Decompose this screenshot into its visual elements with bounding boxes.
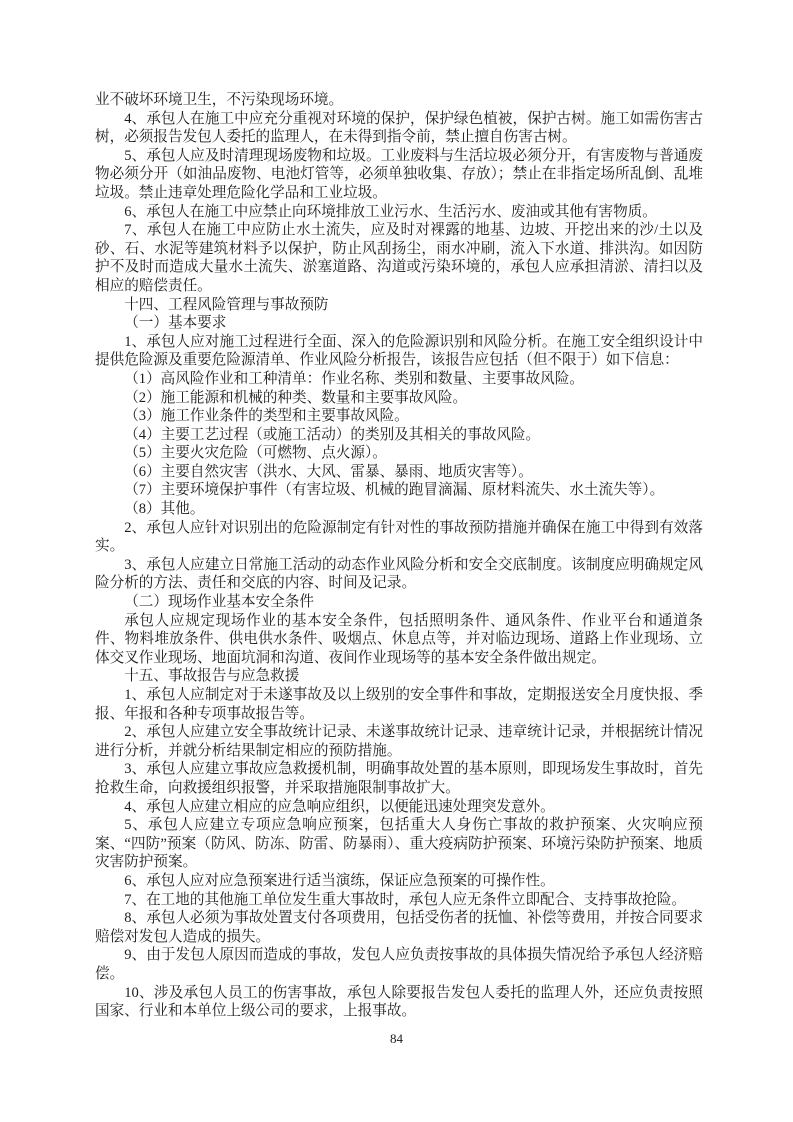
paragraph: （3）施工作业条件的类型和主要事故风险。 — [95, 407, 703, 426]
paragraph: 承包人应规定现场作业的基本安全条件，包括照明条件、通风条件、作业平台和通道条件、… — [95, 612, 703, 668]
page-number: 84 — [390, 1031, 403, 1046]
paragraph: 业不破坏环境卫生，不污染现场环境。 — [95, 91, 703, 110]
paragraph: （1）高风险作业和工种清单：作业名称、类别和数量、主要事故风险。 — [95, 370, 703, 389]
paragraph: 5、承包人应及时清理现场废物和垃圾。工业废料与生活垃圾必须分开，有害废物与普通废… — [95, 147, 703, 203]
paragraph: （4）主要工艺过程（或施工活动）的类别及其相关的事故风险。 — [95, 426, 703, 445]
paragraph: 3、承包人应建立日常施工活动的动态作业风险分析和安全交底制度。该制度应明确规定风… — [95, 556, 703, 593]
document-body: 业不破坏环境卫生，不污染现场环境。4、承包人在施工中应充分重视对环境的保护，保护… — [95, 91, 703, 1021]
paragraph: 5、承包人应建立专项应急响应预案，包括重大人身伤亡事故的救护预案、火灾响应预案、… — [95, 816, 703, 872]
sub-section-heading: （二）现场作业基本安全条件 — [95, 593, 703, 612]
paragraph: 8、承包人必须为事故处置支付各项费用，包括受伤者的抚恤、补偿等费用，并按合同要求… — [95, 909, 703, 946]
paragraph: 9、由于发包人原因而造成的事故，发包人应负责按事故的具体损失情况给予承包人经济赔… — [95, 946, 703, 983]
paragraph: （6）主要自然灾害（洪水、大风、雷暴、暴雨、地质灾害等）。 — [95, 463, 703, 482]
paragraph: （5）主要火灾危险（可燃物、点火源）。 — [95, 444, 703, 463]
document-page: 业不破坏环境卫生，不污染现场环境。4、承包人在施工中应充分重视对环境的保护，保护… — [0, 0, 793, 1122]
paragraph: 6、承包人应对应急预案进行适当演练，保证应急预案的可操作性。 — [95, 872, 703, 891]
paragraph: （7）主要环境保护事件（有害垃圾、机械的跑冒滴漏、原材料流失、水土流失等）。 — [95, 481, 703, 500]
paragraph: 2、承包人应针对识别出的危险源制定有针对性的事故预防措施并确保在施工中得到有效落… — [95, 519, 703, 556]
section-heading: 十四、工程风险管理与事故预防 — [95, 296, 703, 315]
paragraph: 1、承包人应对施工过程进行全面、深入的危险源识别和风险分析。在施工安全组织设计中… — [95, 333, 703, 370]
section-heading: 十五、事故报告与应急救援 — [95, 667, 703, 686]
paragraph: 4、承包人在施工中应充分重视对环境的保护，保护绿色植被，保护古树。施工如需伤害古… — [95, 110, 703, 147]
paragraph: 7、承包人在施工中应防止水土流失，应及时对裸露的地基、边坡、开挖出来的沙/土以及… — [95, 221, 703, 295]
paragraph: 7、在工地的其他施工单位发生重大事故时，承包人应无条件立即配合、支持事故抢险。 — [95, 891, 703, 910]
paragraph: 1、承包人应制定对于未遂事故及以上级别的安全事件和事故，定期报送安全月度快报、季… — [95, 686, 703, 723]
paragraph: （8）其他。 — [95, 500, 703, 519]
paragraph: 4、承包人应建立相应的应急响应组织，以便能迅速处理突发意外。 — [95, 798, 703, 817]
paragraph: （2）施工能源和机械的种类、数量和主要事故风险。 — [95, 389, 703, 408]
paragraph: 3、承包人应建立事故应急救援机制，明确事故处置的基本原则，即现场发生事故时，首先… — [95, 760, 703, 797]
sub-section-heading: （一）基本要求 — [95, 314, 703, 333]
paragraph: 2、承包人应建立安全事故统计记录、未遂事故统计记录、违章统计记录，并根据统计情况… — [95, 723, 703, 760]
paragraph: 10、涉及承包人员工的伤害事故，承包人除要报告发包人委托的监理人外，还应负责按照… — [95, 984, 703, 1021]
paragraph: 6、承包人在施工中应禁止向环境排放工业污水、生活污水、废油或其他有害物质。 — [95, 203, 703, 222]
page-footer: 84 — [0, 1031, 793, 1047]
